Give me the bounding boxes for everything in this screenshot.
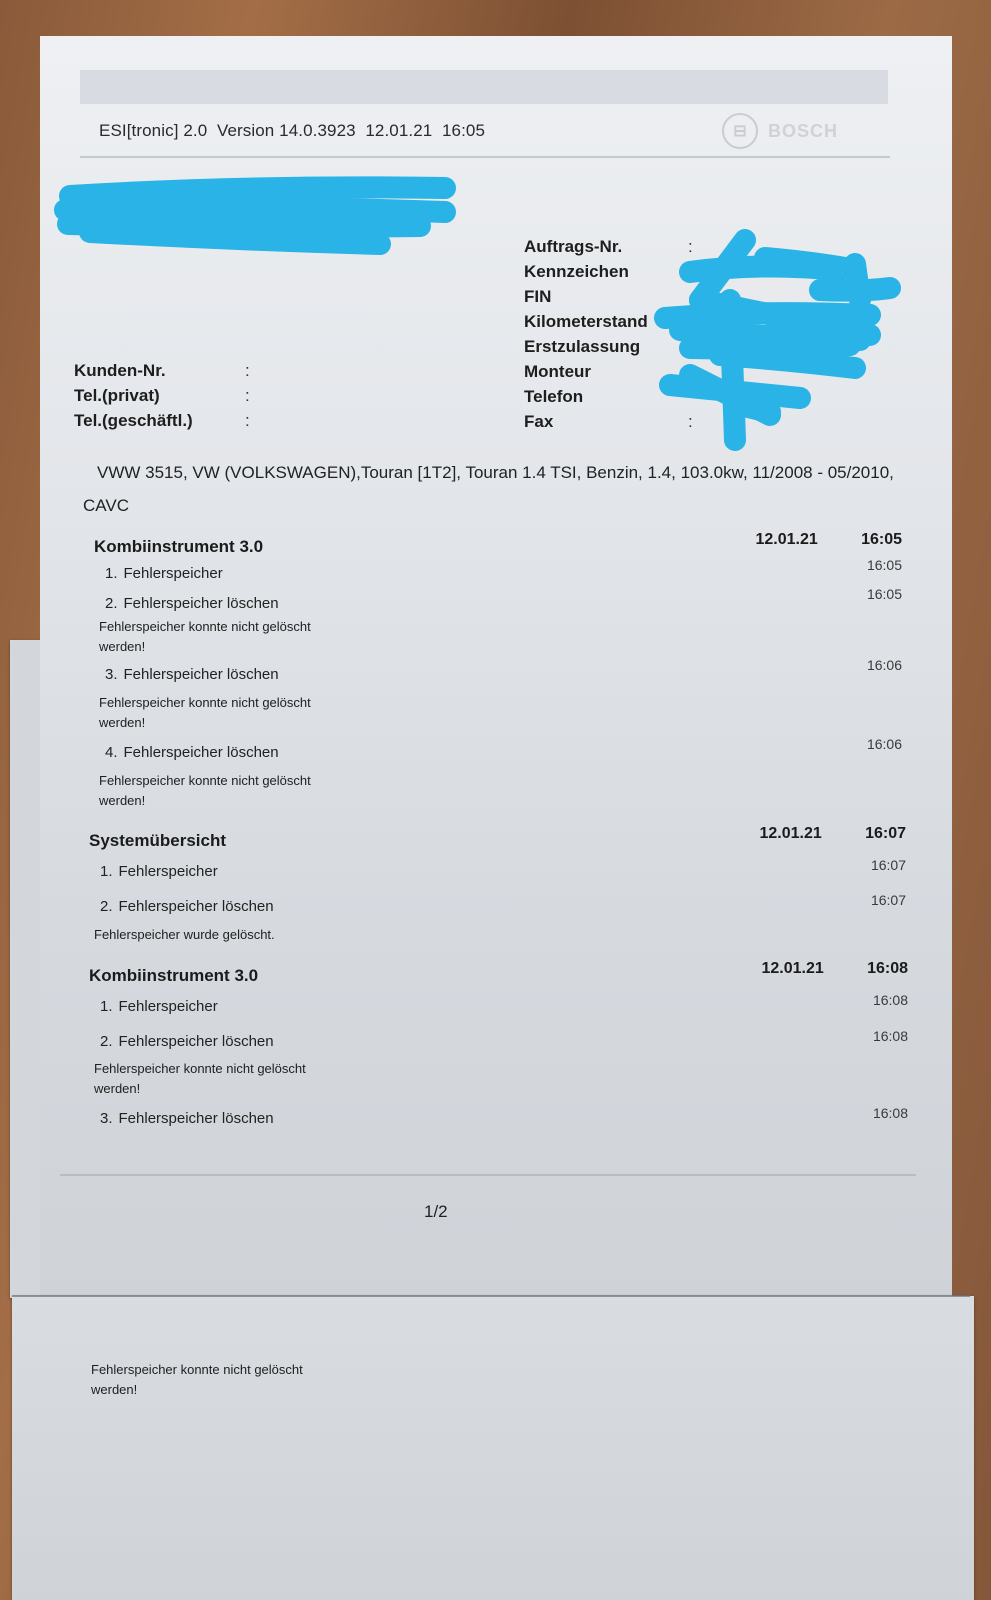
customer-field-value: :: [245, 361, 250, 381]
item-time: 16:05: [867, 586, 902, 602]
report-header: ESI[tronic] 2.0 Version 14.0.3923 12.01.…: [99, 121, 485, 141]
list-item: 1.Fehlerspeicher: [105, 565, 223, 582]
item-label: Fehlerspeicher löschen: [119, 1110, 274, 1127]
item-note: Fehlerspeicher wurde gelöscht.: [94, 925, 344, 945]
bosch-logo-text: BOSCH: [768, 121, 838, 142]
section-timestamp: 12.01.21 16:07: [759, 825, 906, 843]
report-page-2: [12, 1296, 974, 1600]
item-number: 1.: [100, 998, 113, 1015]
item-number: 3.: [100, 1110, 113, 1127]
header-divider: [80, 156, 890, 158]
order-field-label: Fax: [524, 412, 553, 432]
report-date: 12.01.21: [365, 121, 432, 140]
section-timestamp: 12.01.21 16:08: [761, 960, 908, 978]
item-label: Fehlerspeicher: [119, 863, 218, 880]
section-title: Systemübersicht: [89, 831, 226, 851]
header-band: [80, 70, 888, 104]
item-label: Fehlerspeicher löschen: [124, 666, 279, 683]
item-number: 3.: [105, 666, 118, 683]
paper-edge: [10, 640, 40, 1298]
item-number: 2.: [105, 595, 118, 612]
order-field-value: :: [688, 237, 693, 257]
item-time: 16:06: [867, 736, 902, 752]
bosch-logo-icon: ⊟: [722, 113, 758, 149]
section-title: Kombiinstrument 3.0: [89, 966, 258, 986]
item-number: 2.: [100, 1033, 113, 1050]
item-label: Fehlerspeicher löschen: [119, 1033, 274, 1050]
order-field-value: :: [688, 412, 693, 432]
item-note: Fehlerspeicher konnte nicht gelöscht wer…: [99, 693, 349, 733]
item-label: Fehlerspeicher: [124, 565, 223, 582]
page-fold-divider: [12, 1295, 970, 1297]
list-item: 3.Fehlerspeicher löschen: [105, 666, 279, 683]
list-item: 1.Fehlerspeicher: [100, 863, 218, 880]
item-number: 1.: [100, 863, 113, 880]
section-date: 12.01.21: [761, 960, 823, 977]
item-note: Fehlerspeicher konnte nicht gelöscht wer…: [94, 1059, 344, 1099]
order-field-label: Erstzulassung: [524, 337, 640, 357]
bosch-logo: ⊟ BOSCH: [722, 113, 838, 149]
section-time: 16:08: [867, 960, 908, 977]
page-number: 1/2: [424, 1202, 448, 1222]
report-time: 16:05: [442, 121, 485, 140]
footer-divider: [60, 1174, 916, 1176]
customer-field-value: :: [245, 411, 250, 431]
section-title: Kombiinstrument 3.0: [94, 537, 263, 557]
software-version: Version 14.0.3923: [217, 121, 356, 140]
section-timestamp: 12.01.21 16:05: [755, 531, 902, 549]
customer-field-value: :: [245, 386, 250, 406]
section-date: 12.01.21: [759, 825, 821, 842]
order-field-label: Telefon: [524, 387, 583, 407]
item-number: 4.: [105, 744, 118, 761]
customer-field-label: Tel.(privat): [74, 386, 160, 406]
item-time: 16:07: [871, 857, 906, 873]
item-number: 1.: [105, 565, 118, 582]
software-name: ESI[tronic] 2.0: [99, 121, 207, 140]
order-field-label: Auftrags-Nr.: [524, 237, 622, 257]
list-item: 3.Fehlerspeicher löschen: [100, 1110, 274, 1127]
section-date: 12.01.21: [755, 531, 817, 548]
item-time: 16:06: [867, 657, 902, 673]
item-time: 16:08: [873, 992, 908, 1008]
item-label: Fehlerspeicher löschen: [124, 744, 279, 761]
item-time: 16:05: [867, 557, 902, 573]
customer-field-label: Kunden-Nr.: [74, 361, 166, 381]
list-item: 4.Fehlerspeicher löschen: [105, 744, 279, 761]
item-time: 16:08: [873, 1105, 908, 1121]
order-field-label: Kennzeichen: [524, 262, 629, 282]
order-field-value: :: [688, 337, 693, 357]
item-note: Fehlerspeicher konnte nicht gelöscht wer…: [99, 617, 349, 657]
item-label: Fehlerspeicher: [119, 998, 218, 1015]
section-time: 16:07: [865, 825, 906, 842]
vehicle-description: VWW 3515, VW (VOLKSWAGEN),Touran [1T2], …: [83, 456, 913, 522]
item-number: 2.: [100, 898, 113, 915]
item-time: 16:08: [873, 1028, 908, 1044]
order-field-label: FIN: [524, 287, 551, 307]
customer-field-label: Tel.(geschäftl.): [74, 411, 193, 431]
order-field-label: Monteur: [524, 362, 591, 382]
item-label: Fehlerspeicher löschen: [119, 898, 274, 915]
section-time: 16:05: [861, 531, 902, 548]
list-item: 2.Fehlerspeicher löschen: [100, 1033, 274, 1050]
list-item: 2.Fehlerspeicher löschen: [105, 595, 279, 612]
page2-note: Fehlerspeicher konnte nicht gelöscht wer…: [91, 1360, 341, 1400]
order-field-label: Kilometerstand: [524, 312, 648, 332]
list-item: 2.Fehlerspeicher löschen: [100, 898, 274, 915]
item-label: Fehlerspeicher löschen: [124, 595, 279, 612]
list-item: 1.Fehlerspeicher: [100, 998, 218, 1015]
item-note: Fehlerspeicher konnte nicht gelöscht wer…: [99, 771, 349, 811]
item-time: 16:07: [871, 892, 906, 908]
